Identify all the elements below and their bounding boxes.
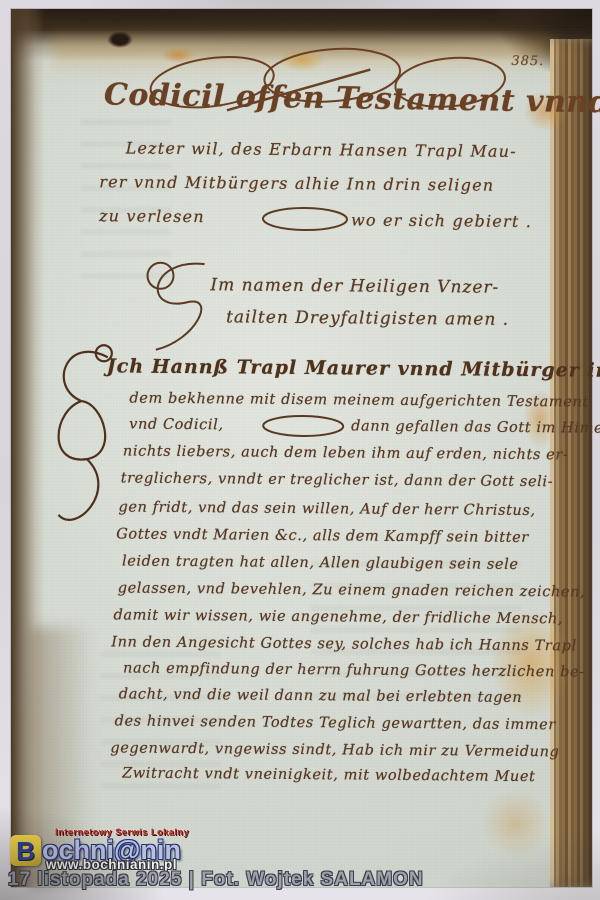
manuscript-line: Inn den Angesicht Gottes sey, solches ha… (111, 634, 577, 654)
manuscript-line: dem bekhenne mit disem meinem aufgericht… (129, 390, 588, 410)
manuscript-subtitle-line: rer vnnd Mitbürgers alhie Inn drin selig… (99, 172, 494, 194)
invocation-line: tailten Dreyfaltigisten amen . (226, 307, 509, 329)
photograph-of-manuscript: 385. Codicil offen Testament vnndt, Lezt… (0, 0, 600, 900)
manuscript-line: nach empfindung der herrn fuhrung Gottes… (123, 660, 585, 680)
manuscript-line: gelassen, vnd bevehlen, Zu einem gnaden … (118, 580, 586, 600)
photo-caption: 17 listopada 2025 | Fot. Wojtek SALAMON (8, 869, 424, 891)
manuscript-subtitle-line: Lezter wil, des Erbarn Hansen Trapl Mau- (126, 138, 517, 160)
manuscript-line: damit wir wissen, wie angenehme, der fri… (113, 607, 563, 627)
manuscript-line: gen fridt, vnd das sein willen, Auf der … (118, 499, 535, 519)
manuscript-line: dann gefallen das Gott im Himel (351, 418, 600, 436)
manuscript-subtitle-line: wo er sich gebiert . (351, 210, 532, 231)
invocation-line: Im namen der Heiligen Vnzer- (210, 275, 499, 298)
manuscript-line: nichts liebers, auch dem leben ihm auf e… (123, 443, 569, 463)
manuscript-line: vnd Codicil, (129, 416, 224, 433)
manuscript-line: Jch Hannß Trapl Maurer vnnd Mitbürger in (107, 355, 600, 381)
pen-flourish-oval-icon (259, 205, 351, 234)
manuscript-line: Gottes vndt Marien &c., alls dem Kampff … (116, 526, 529, 546)
logo-initial-badge: B (10, 835, 41, 866)
manuscript-subtitle-line: zu verlesen (99, 206, 205, 226)
handwriting-layer: 385. Codicil offen Testament vnndt, Lezt… (7, 6, 596, 889)
manuscript-line: Zwitracht vndt vneinigkeit, mit wolbedac… (122, 765, 535, 785)
pen-flourish-initial-icon (134, 256, 230, 357)
manuscript-line: dacht, vnd die weil dann zu mal bei erle… (119, 686, 523, 706)
manuscript-title: Codicil offen Testament vnndt, (104, 77, 600, 120)
manuscript-photo: 385. Codicil offen Testament vnndt, Lezt… (11, 9, 592, 887)
logo-initial-letter: B (16, 838, 35, 864)
manuscript-line: leiden tragten hat allen, Allen glaubige… (122, 553, 519, 572)
pen-flourish-oval-icon (259, 413, 347, 440)
manuscript-line: treglichers, vnndt er treglicher ist, da… (121, 470, 554, 490)
page-number: 385. (511, 54, 544, 69)
manuscript-line: des hinvei senden Todtes Teglich gewartt… (115, 713, 556, 733)
manuscript-line: gegenwardt, vngewiss sindt, Hab ich mir … (110, 740, 559, 760)
